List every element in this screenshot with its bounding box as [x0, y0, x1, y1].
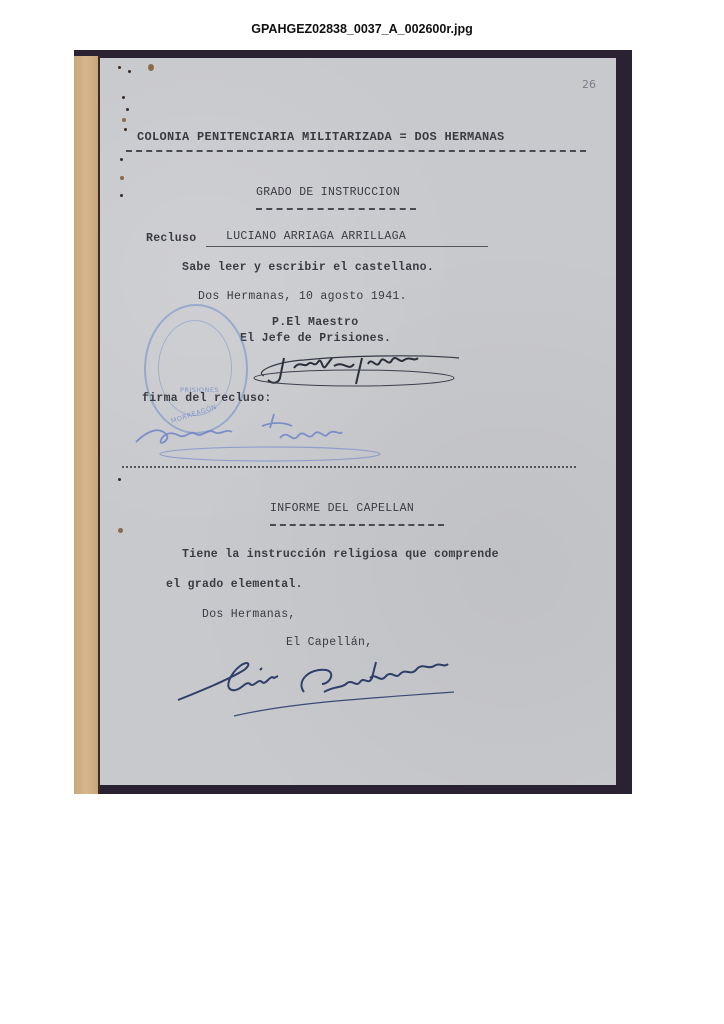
- signatory-maestro: P.El Maestro: [272, 316, 358, 329]
- capellan-place: Dos Hermanas,: [202, 608, 296, 621]
- punch-hole: [120, 194, 123, 197]
- punch-hole: [118, 66, 121, 69]
- prisoner-signature: [130, 408, 390, 468]
- religious-statement-line1: Tiene la instrucción religiosa que compr…: [182, 548, 499, 561]
- stain-mark: [118, 528, 123, 533]
- section-title-capellan: INFORME DEL CAPELLAN: [270, 502, 414, 515]
- recluso-label: Recluso: [146, 232, 196, 245]
- binding-strip: [74, 56, 98, 794]
- stain-mark: [120, 176, 124, 180]
- jefe-signature: [244, 344, 464, 394]
- punch-hole: [120, 158, 123, 161]
- stain-mark: [122, 118, 126, 122]
- section-title-instruccion: GRADO DE INSTRUCCION: [256, 186, 400, 199]
- recluso-name: LUCIANO ARRIAGA ARRILLAGA: [226, 230, 406, 243]
- punch-hole: [122, 96, 125, 99]
- punch-hole: [126, 108, 129, 111]
- place-date: Dos Hermanas, 10 agosto 1941.: [198, 290, 407, 303]
- section-divider: [122, 466, 576, 468]
- section-title-underline: [256, 208, 416, 210]
- document-page: 26 COLONIA PENITENCIARIA MILITARIZADA = …: [100, 58, 616, 785]
- capellan-signature: [174, 654, 514, 724]
- religious-statement-line2: el grado elemental.: [166, 578, 303, 591]
- header-underline: [126, 150, 586, 152]
- section-title-capellan-underline: [270, 524, 444, 526]
- punch-hole: [118, 478, 121, 481]
- punch-hole: [128, 70, 131, 73]
- institution-header: COLONIA PENITENCIARIA MILITARIZADA = DOS…: [137, 130, 505, 144]
- page-number: 26: [582, 78, 596, 91]
- literacy-statement: Sabe leer y escribir el castellano.: [182, 261, 434, 274]
- prisoner-signature-label: firma del recluso:: [142, 392, 272, 405]
- file-title: GPAHGEZ02838_0037_A_002600r.jpg: [0, 22, 724, 36]
- recluso-name-line: [206, 246, 488, 247]
- capellan-signatory: El Capellán,: [286, 636, 372, 649]
- punch-hole: [124, 128, 127, 131]
- stain-mark: [148, 64, 154, 71]
